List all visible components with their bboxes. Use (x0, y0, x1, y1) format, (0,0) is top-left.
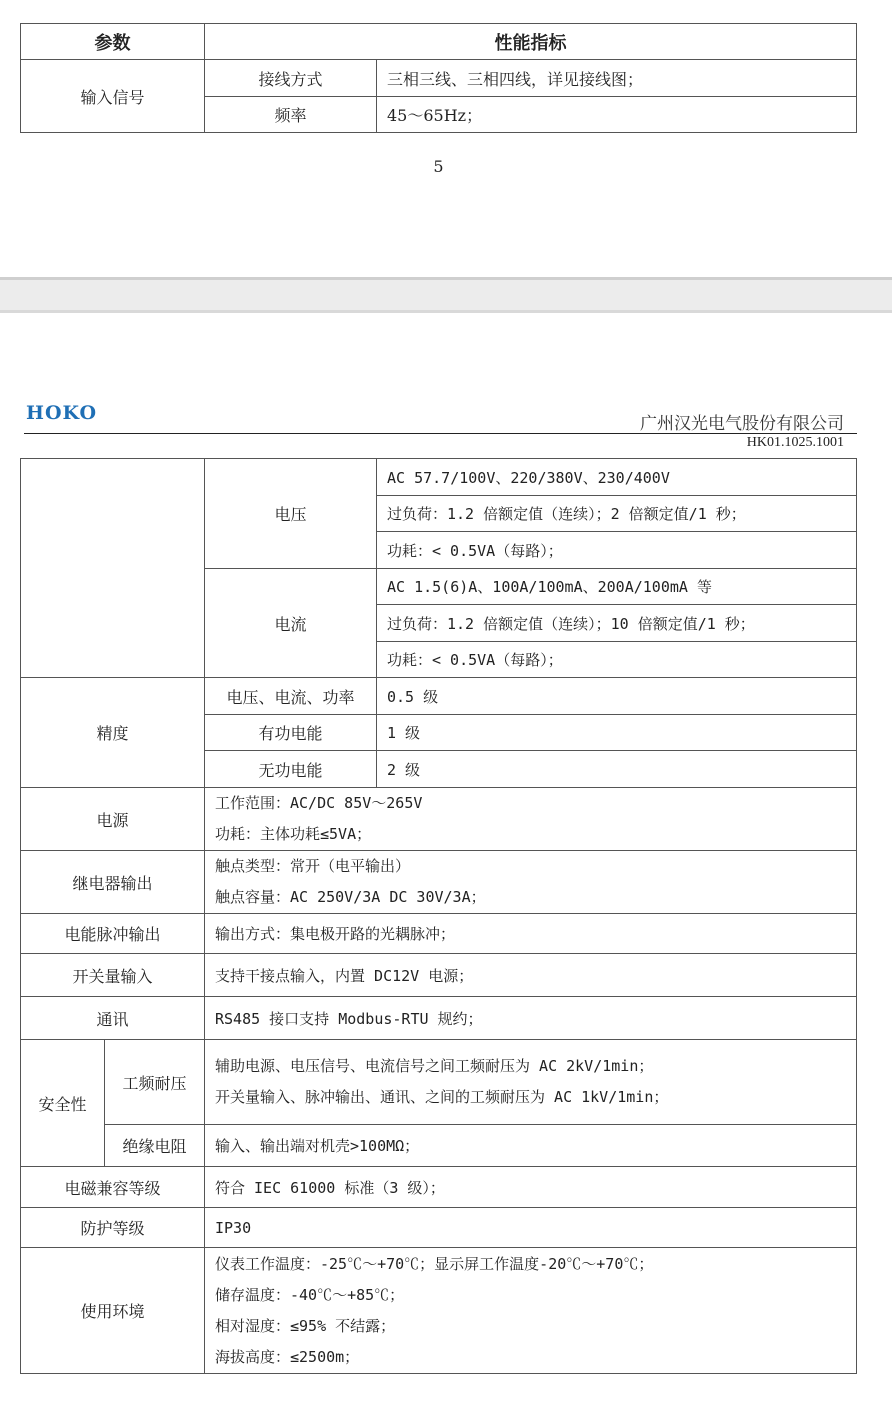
insulation-label: 绝缘电阻 (105, 1125, 205, 1167)
accuracy-row-label: 电压、电流、功率 (205, 678, 377, 715)
switch-input-label: 开关量输入 (21, 954, 205, 997)
relay-output-line: 触点类型：常开（电平输出） (215, 851, 856, 882)
emc-value: 符合 IEC 61000 标准（3 级）； (205, 1167, 857, 1208)
voltage-value: AC 57.7/100V、220/380V、230/400V (377, 459, 857, 496)
pulse-output-label: 电能脉冲输出 (21, 914, 205, 954)
row-label: 频率 (205, 97, 377, 133)
power-supply-line: 工作范围：AC/DC 85V～265V (215, 788, 856, 819)
environment-line: 仪表工作温度：-25℃～+70℃；显示屏工作温度-20℃～+70℃； (215, 1249, 856, 1280)
input-group-blank (21, 459, 205, 678)
accuracy-row-label: 有功电能 (205, 715, 377, 751)
voltage-consumption: 功耗：< 0.5VA（每路）； (377, 532, 857, 569)
accuracy-row-value: 0.5 级 (377, 678, 857, 715)
row-label: 接线方式 (205, 60, 377, 97)
page-separator (0, 277, 892, 313)
accuracy-row-label: 无功电能 (205, 751, 377, 788)
current-overload: 过负荷：1.2 倍额定值（连续）；10 倍额定值/1 秒； (377, 605, 857, 642)
row-value: 三相三线、三相四线，详见接线图； (377, 60, 857, 97)
current-value: AC 1.5(6)A、100A/100mA、200A/100mA 等 (377, 569, 857, 605)
protection-value: IP30 (205, 1208, 857, 1248)
accuracy-row-value: 1 级 (377, 715, 857, 751)
current-label: 电流 (205, 569, 377, 678)
accuracy-label: 精度 (21, 678, 205, 788)
power-supply-label: 电源 (21, 788, 205, 851)
environment-label: 使用环境 (21, 1248, 205, 1374)
environment-line: 相对湿度：≤95% 不结露； (215, 1311, 856, 1342)
environment-line: 海拔高度：≤2500m； (215, 1342, 856, 1373)
relay-output-value: 触点类型：常开（电平输出） 触点容量：AC 250V/3A DC 30V/3A； (205, 851, 857, 914)
safety-label: 安全性 (21, 1040, 105, 1167)
spec-table-top: 参数 性能指标 输入信号 接线方式 三相三线、三相四线，详见接线图； 频率 45… (20, 23, 857, 133)
accuracy-row-value: 2 级 (377, 751, 857, 788)
header-divider (24, 433, 857, 434)
environment-value: 仪表工作温度：-25℃～+70℃；显示屏工作温度-20℃～+70℃； 储存温度：… (205, 1248, 857, 1374)
emc-label: 电磁兼容等级 (21, 1167, 205, 1208)
switch-input-value: 支持干接点输入，内置 DC12V 电源； (205, 954, 857, 997)
protection-label: 防护等级 (21, 1208, 205, 1248)
current-consumption: 功耗：< 0.5VA（每路）； (377, 642, 857, 678)
power-supply-line: 功耗：主体功耗≤5VA； (215, 819, 856, 850)
document-number: HK01.1025.1001 (747, 435, 844, 451)
relay-output-label: 继电器输出 (21, 851, 205, 914)
withstand-label: 工频耐压 (105, 1040, 205, 1125)
insulation-value: 输入、输出端对机壳>100MΩ； (205, 1125, 857, 1167)
withstand-line: 辅助电源、电压信号、电流信号之间工频耐压为 AC 2kV/1min； (215, 1051, 856, 1082)
voltage-overload: 过负荷：1.2 倍额定值（连续）；2 倍额定值/1 秒； (377, 496, 857, 532)
pulse-output-value: 输出方式：集电极开路的光耦脉冲； (205, 914, 857, 954)
header-spec: 性能指标 (205, 24, 857, 60)
spec-table-main: 电压 AC 57.7/100V、220/380V、230/400V 过负荷：1.… (20, 458, 857, 1374)
page-number: 5 (0, 157, 877, 176)
comm-label: 通讯 (21, 997, 205, 1040)
relay-output-line: 触点容量：AC 250V/3A DC 30V/3A； (215, 882, 856, 913)
voltage-label: 电压 (205, 459, 377, 569)
withstand-value: 辅助电源、电压信号、电流信号之间工频耐压为 AC 2kV/1min； 开关量输入… (205, 1040, 857, 1125)
header-param: 参数 (21, 24, 205, 60)
environment-line: 储存温度：-40℃～+85℃； (215, 1280, 856, 1311)
company-logo: HOKO (26, 402, 97, 424)
comm-value: RS485 接口支持 Modbus-RTU 规约； (205, 997, 857, 1040)
row-value: 45～65Hz； (377, 97, 857, 133)
power-supply-value: 工作范围：AC/DC 85V～265V 功耗：主体功耗≤5VA； (205, 788, 857, 851)
withstand-line: 开关量输入、脉冲输出、通讯、之间的工频耐压为 AC 1kV/1min； (215, 1082, 856, 1113)
company-name: 广州汉光电气股份有限公司 (640, 409, 844, 434)
group-input-signal: 输入信号 (21, 60, 205, 133)
